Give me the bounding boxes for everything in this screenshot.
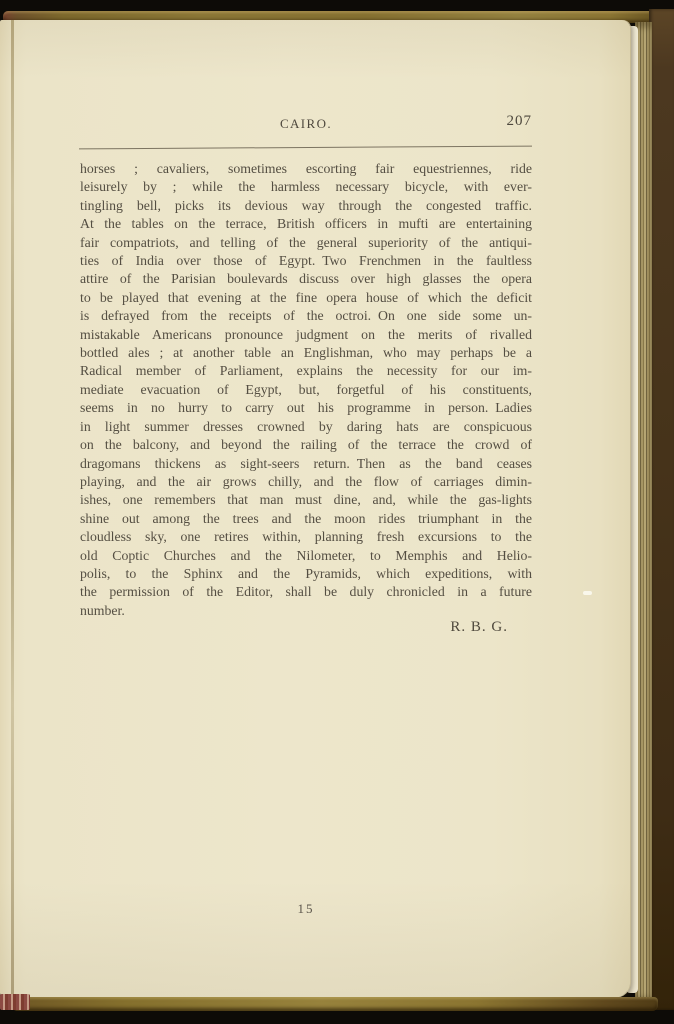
text-line: old Coptic Churches and the Nilometer, t…	[80, 547, 532, 565]
text-line: At the tables on the terrace, British of…	[80, 215, 532, 233]
header-rule	[79, 146, 532, 150]
text-line: horses ; cavaliers, sometimes escorting …	[80, 160, 532, 178]
text-line: mistakable Americans pronounce judgment …	[80, 326, 532, 344]
body-text: horses ; cavaliers, sometimes escorting …	[80, 160, 532, 620]
text-line: the permission of the Editor, shall be d…	[80, 583, 532, 601]
gutter-crease	[11, 20, 14, 998]
text-line: shine out among the trees and the moon r…	[80, 510, 532, 528]
text-line: attire of the Parisian boulevards discus…	[80, 270, 532, 288]
author-initials: R. B. G.	[80, 619, 508, 636]
text-line: tingling bell, picks its devious way thr…	[80, 197, 532, 215]
text-line: seems in no hurry to carry out his progr…	[80, 399, 532, 417]
page-number: 207	[80, 113, 532, 130]
text-line: leisurely by ; while the harmless necess…	[80, 178, 532, 196]
text-line: in light summer dresses crowned by darin…	[80, 418, 532, 436]
text-line: ishes, one remembers that man must dine,…	[80, 491, 532, 509]
text-line: to be played that evening at the fine op…	[80, 289, 532, 307]
text-line: cloudless sky, one retires within, plann…	[80, 528, 532, 546]
book-page: CAIRO. 207 horses ; cavaliers, sometimes…	[0, 20, 630, 998]
footer-page-number: 15	[80, 901, 532, 917]
book-bottom-gilt-edge	[10, 997, 658, 1011]
text-line: bottled ales ; at another table an Engli…	[80, 344, 532, 362]
paper-speck	[583, 591, 592, 595]
text-line: on the balcony, and beyond the railing o…	[80, 436, 532, 454]
text-line: fair compatriots, and telling of the gen…	[80, 234, 532, 252]
text-line: mediate evacuation of Egypt, but, forget…	[80, 381, 532, 399]
text-line: playing, and the air grows chilly, and t…	[80, 473, 532, 491]
text-line: dragomans thickens as sight-seers return…	[80, 455, 532, 473]
text-line: number.	[80, 602, 532, 620]
text-line: Radical member of Parliament, explains t…	[80, 362, 532, 380]
text-line: is defrayed from the receipts of the oct…	[80, 307, 532, 325]
text-line: polis, to the Sphinx and the Pyramids, w…	[80, 565, 532, 583]
book-cover-edge	[649, 9, 674, 1010]
text-line: ties of India over those of Egypt. Two F…	[80, 252, 532, 270]
headband	[0, 994, 30, 1010]
book-scan: CAIRO. 207 horses ; cavaliers, sometimes…	[0, 0, 674, 1024]
